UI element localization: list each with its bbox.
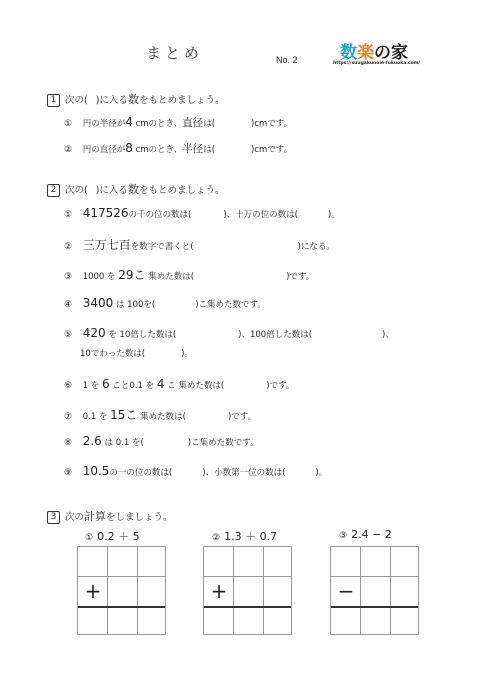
s1-question-2: ② 円の直径が8 cmのとき、半径は()cmです。	[64, 141, 292, 156]
q-text: )cmです。	[251, 145, 292, 155]
q-value: 15こ	[110, 408, 137, 422]
q-value: 4	[157, 377, 165, 391]
logo-part-3: の家	[374, 43, 408, 63]
section3-heading: 3次の計算をしましょう。	[47, 508, 173, 524]
item-number: ③	[64, 272, 80, 282]
q-text: )、	[382, 330, 394, 340]
q-value: 8	[125, 141, 133, 155]
q-value: 417526	[83, 206, 129, 220]
section-number-box: 2	[47, 184, 60, 197]
instr-tail: をもとめましょう。	[139, 185, 225, 196]
expression: 2.4 − 2	[351, 528, 392, 541]
q-text: を数字で書くと(	[131, 242, 194, 252]
section-number-box: 1	[47, 94, 60, 107]
q-value: 0.1	[116, 438, 130, 448]
plus-sign: +	[208, 577, 230, 606]
q-value: 10.5	[83, 464, 110, 478]
q-text: こ	[167, 381, 176, 391]
q-text: cmのとき、	[136, 145, 183, 155]
q-value: 4	[125, 115, 133, 129]
q-text: 集めた数は(	[178, 381, 224, 391]
s2-question-5: ⑤ 420 を 10倍した数は()、100倍した数は()、	[64, 326, 394, 340]
q-value: 0.1	[129, 381, 143, 391]
q-text: を(	[132, 438, 144, 448]
instr-pre: 次の	[65, 512, 84, 523]
item-number: ⑦	[64, 412, 80, 422]
instr-pre: 次の(	[65, 95, 88, 106]
instr-post: )に入る	[96, 185, 128, 196]
problem-2-label: ②1.3 ＋ 0.7	[212, 528, 277, 544]
q-text: )、小数第一位の数は(	[202, 468, 285, 478]
expression: 0.2 ＋ 5	[97, 530, 140, 543]
q-text: の一の位の数は(	[109, 468, 172, 478]
q-value: 29こ	[118, 268, 145, 282]
item-number: ②	[64, 145, 80, 155]
q-text: )。	[181, 349, 193, 359]
problem-1-label: ①0.2 ＋ 5	[85, 528, 140, 544]
q-text: )こ集めた数です。	[188, 438, 259, 448]
s2-question-4: ④ 3400 は 100を()こ集めた数です。	[64, 296, 266, 310]
minus-sign: −	[335, 577, 357, 606]
q-value: 3400	[83, 296, 114, 310]
logo-part-2: 楽	[357, 43, 374, 63]
q-text: は	[105, 438, 114, 448]
q-value: 三万七百	[83, 238, 131, 252]
q-text: )です。	[266, 381, 294, 391]
expression: 1.3 ＋ 0.7	[224, 530, 277, 543]
section2-heading: 2次の()に入る数をもとめましょう。	[47, 181, 224, 197]
q-text: 10でわった数は(	[80, 349, 145, 359]
logo-part-1: 数	[340, 43, 357, 63]
s2-question-6: ⑥ 1 を 6 こと0.1 を 4 こ 集めた数は()です。	[64, 377, 294, 391]
item-number: ⑨	[64, 468, 80, 478]
item-number: ②	[212, 533, 220, 543]
plus-sign: +	[82, 577, 104, 606]
q-value: 6	[102, 377, 110, 391]
q-text: を	[108, 330, 117, 340]
instr-emph: 数	[128, 93, 139, 106]
q-text: は(	[203, 145, 215, 155]
q-text: cmのとき、	[136, 119, 183, 129]
calc-grid-3[interactable]: −	[330, 546, 419, 635]
q-text: )です。	[228, 412, 256, 422]
item-number: ③	[339, 531, 347, 541]
q-text: )になる。	[298, 242, 335, 252]
q-text: を(	[143, 300, 155, 310]
worksheet-number: No. 2	[276, 55, 298, 65]
q-value: 420	[83, 326, 106, 340]
s1-question-1: ① 円の半径が4 cmのとき、直径は()cmです。	[64, 115, 292, 130]
q-text: を	[91, 381, 100, 391]
instr-emph: 計算	[84, 510, 106, 523]
q-value: 2.6	[83, 434, 102, 448]
item-number: ①	[85, 533, 93, 543]
instr-tail: をもとめましょう。	[139, 95, 225, 106]
item-number: ④	[64, 300, 80, 310]
q-text: は	[116, 300, 125, 310]
q-text: )です。	[286, 272, 314, 282]
q-text: )。	[328, 210, 340, 220]
q-text: )cmです。	[251, 119, 292, 129]
item-number: ⑤	[64, 330, 80, 340]
site-url[interactable]: https://suugakunoie-fukuoka.com/	[333, 61, 420, 66]
q-text: こと	[112, 381, 129, 391]
q-text: 円の直径が	[83, 145, 126, 155]
s2-question-1: ① 417526の千の位の数は()、十万の位の数は()。	[64, 206, 340, 220]
q-value: 0.1	[83, 412, 97, 422]
q-text: 集めた数は(	[148, 272, 194, 282]
item-number: ②	[64, 242, 80, 252]
q-text: を	[146, 381, 155, 391]
item-number: ①	[64, 210, 80, 220]
worksheet-title: まとめ	[146, 42, 203, 63]
s2-question-3: ③ 1000 を 29こ 集めた数は()です。	[64, 266, 314, 283]
s2-question-8: ⑧ 2.6 は 0.1 を()こ集めた数です。	[64, 434, 258, 448]
instr-pre: 次の(	[65, 185, 88, 196]
q-value: 1	[83, 381, 88, 391]
q-value: 1000	[83, 272, 105, 282]
q-text: 集めた数は(	[140, 412, 186, 422]
q-text: を	[107, 272, 116, 282]
q-text: 円の半径が	[83, 119, 126, 129]
item-number: ⑥	[64, 381, 80, 391]
section-number-box: 3	[47, 511, 60, 524]
section1-heading: 1次の()に入る数をもとめましょう。	[47, 91, 224, 107]
q-text: )、十万の位の数は(	[223, 210, 298, 220]
q-text: 10倍した数は(	[120, 330, 177, 340]
s2-question-5-line2: 10でわった数は()。	[80, 347, 193, 359]
item-number: ①	[64, 119, 80, 129]
instr-post: )に入る	[96, 95, 128, 106]
site-logo[interactable]: 数楽の家	[340, 38, 408, 63]
item-number: ⑧	[64, 438, 80, 448]
q-text: 半径	[182, 143, 203, 155]
calc-grid-2[interactable]: +	[203, 546, 292, 635]
q-text: の千の位の数は(	[129, 210, 192, 220]
s2-question-2: ② 三万七百を数字で書くと()になる。	[64, 236, 335, 253]
q-text: 直径	[182, 117, 203, 129]
instr-tail: をしましょう。	[106, 512, 173, 523]
problem-3-label: ③2.4 − 2	[339, 528, 392, 541]
calc-grid-1[interactable]: +	[77, 546, 166, 635]
s2-question-9: ⑨ 10.5の一の位の数は()、小数第一位の数は()。	[64, 464, 327, 478]
s2-question-7: ⑦ 0.1 を 15こ 集めた数は()です。	[64, 406, 256, 423]
q-text: )、100倍した数は(	[238, 330, 312, 340]
q-text: )。	[315, 468, 327, 478]
q-value: 100	[127, 300, 143, 310]
q-text: )こ集めた数です。	[195, 300, 266, 310]
q-text: は(	[203, 119, 215, 129]
q-text: を	[99, 412, 108, 422]
instr-emph: 数	[128, 183, 139, 196]
